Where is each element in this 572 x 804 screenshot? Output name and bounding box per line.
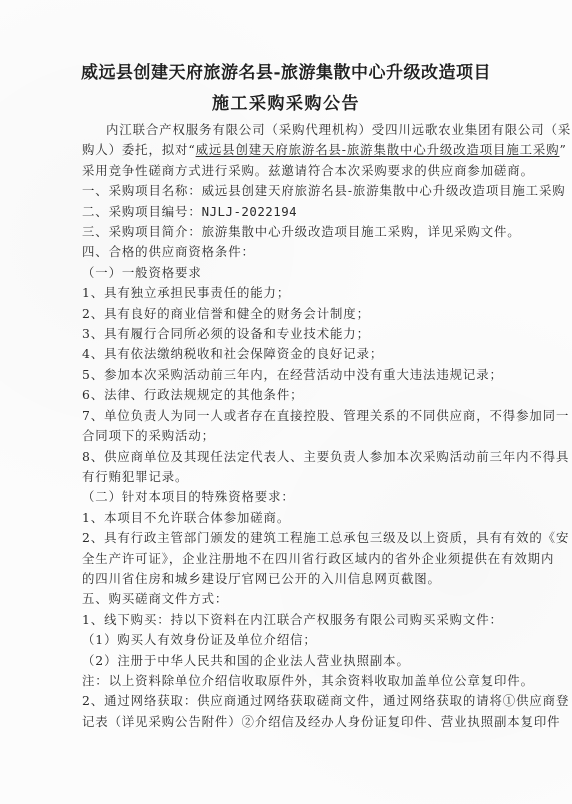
special-item-2-line-1: 2、具有行政主管部门颁发的建筑工程施工总承包三级及以上资质，具有有效的《安 (82, 528, 502, 548)
purchase-note: 注：以上资料除单位介绍信收取原件外，其余资料收取加盖单位公章复印件。 (82, 671, 502, 691)
document-body: 内江联合产权服务有限公司（采购代理机构）受四川远歌农业集团有限公司（采 购人）委… (82, 120, 502, 732)
special-item-2-line-3: 的四川省住房和城乡建设厅官网已公开的入川信息网页截图。 (82, 569, 502, 589)
general-item-8-line-2: 有行贿犯罪记录。 (82, 467, 502, 487)
general-item-7-line-2: 合同项下的采购活动； (82, 426, 502, 446)
section-2-label: 二、采购项目编号： (82, 204, 202, 219)
general-requirements-heading: （一）一般资格要求 (82, 263, 502, 283)
special-item-2-line-2: 全生产许可证》，企业注册地不在四川省行政区域内的省外企业须提供在有效期内 (82, 549, 502, 569)
general-item-3: 3、具有履行合同所必须的设备和专业技术能力； (82, 324, 502, 344)
intro-line-3: 采用竞争性磋商方式进行采购。兹邀请符合本次采购要求的供应商参加磋商。 (82, 161, 502, 181)
general-item-5: 5、参加本次采购活动前三年内，在经营活动中没有重大违法违规记录； (82, 365, 502, 385)
general-item-6: 6、法律、行政法规规定的其他条件； (82, 385, 502, 405)
document-title-line-2: 施工采购采购公告 (0, 89, 572, 114)
intro-line-2-prefix: 购人）委托，拟对 (82, 142, 188, 157)
section-2-value: NJLJ-2022194 (202, 204, 298, 219)
section-2-project-number: 二、采购项目编号：NJLJ-2022194 (82, 202, 502, 222)
general-item-2: 2、具有良好的商业信誉和健全的财务会计制度； (82, 304, 502, 324)
general-item-1: 1、具有独立承担民事责任的能力； (82, 283, 502, 303)
section-3-value: 旅游集散中心升级改造项目施工采购，详见采购文件。 (202, 224, 521, 239)
section-1-label: 一、采购项目名称： (82, 183, 202, 198)
quote-close: ” (560, 142, 567, 157)
purchase-offline: 1、线下购买：持以下资料在内江联合产权服务有限公司购买采购文件： (82, 610, 502, 630)
purchase-online-line-2: 记表（详见采购公告附件）②介绍信及经办人身份证复印件、营业执照副本复印件 (82, 712, 502, 732)
special-item-1: 1、本项目不允许联合体参加磋商。 (82, 508, 502, 528)
document-title-line-1: 威远县创建天府旅游名县-旅游集散中心升级改造项目 (0, 58, 572, 83)
general-item-4: 4、具有依法缴纳税收和社会保障资金的良好记录； (82, 344, 502, 364)
scanned-document-page: 威远县创建天府旅游名县-旅游集散中心升级改造项目 施工采购采购公告 内江联合产权… (0, 0, 572, 804)
intro-line-2: 购人）委托，拟对“威远县创建天府旅游名县-旅游集散中心升级改造项目施工采购” (82, 140, 502, 160)
section-1-project-name: 一、采购项目名称：威远县创建天府旅游名县-旅游集散中心升级改造项目施工采购 (82, 181, 502, 201)
intro-line-1: 内江联合产权服务有限公司（采购代理机构）受四川远歌农业集团有限公司（采 (82, 120, 502, 140)
section-3-project-summary: 三、采购项目简介：旅游集散中心升级改造项目施工采购，详见采购文件。 (82, 222, 502, 242)
quote-open: “ (188, 142, 195, 157)
section-3-label: 三、采购项目简介： (82, 224, 202, 239)
section-4-heading: 四、合格的供应商资格条件： (82, 242, 502, 262)
special-requirements-heading: （二）针对本项目的特殊资格要求： (82, 487, 502, 507)
general-item-7-line-1: 7、单位负责人为同一人或者存在直接控股、管理关系的不同供应商，不得参加同一 (82, 406, 502, 426)
purchase-online-line-1: 2、通过网络获取：供应商通过网络获取磋商文件，通过网络获取的请将①供应商登 (82, 691, 502, 711)
project-name-underlined: 威远县创建天府旅游名县-旅游集散中心升级改造项目施工采购 (196, 142, 560, 157)
purchase-offline-item-2: （2）注册于中华人民共和国的企业法人营业执照副本。 (82, 651, 502, 671)
general-item-8-line-1: 8、供应商单位及其现任法定代表人、主要负责人参加本次采购活动前三年内不得具 (82, 447, 502, 467)
section-5-heading: 五、购买磋商文件方式： (82, 589, 502, 609)
section-1-value: 威远县创建天府旅游名县-旅游集散中心升级改造项目施工采购 (202, 183, 566, 198)
purchase-offline-item-1: （1）购买人有效身份证及单位介绍信； (82, 630, 502, 650)
